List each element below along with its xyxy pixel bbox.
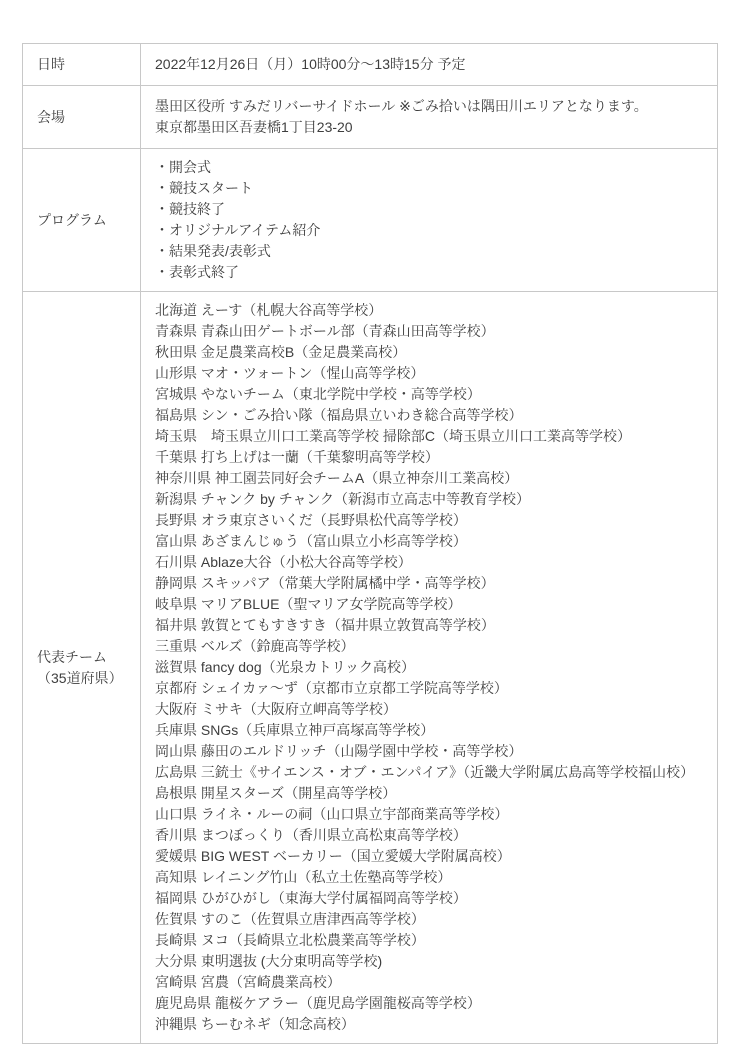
team-item: 滋賀県 fancy dog（光泉カトリック高校） bbox=[155, 657, 703, 678]
team-item: 新潟県 チャンク by チャンク（新潟市立高志中等教育学校） bbox=[155, 489, 703, 510]
program-item: ・結果発表/表彰式 bbox=[155, 241, 703, 262]
team-item: 長野県 オラ東京さいくだ（長野県松代高等学校） bbox=[155, 510, 703, 531]
row-label-teams: 代表チーム（35道府県） bbox=[23, 292, 141, 1044]
team-item: 香川県 まつぼっくり（香川県立高松東高等学校） bbox=[155, 825, 703, 846]
team-item: 富山県 あざまんじゅう（富山県立小杉高等学校） bbox=[155, 531, 703, 552]
table-row-teams: 代表チーム（35道府県） 北海道 えーす（札幌大谷高等学校）青森県 青森山田ゲー… bbox=[23, 292, 718, 1044]
team-item: 宮崎県 宮農（宮崎農業高校） bbox=[155, 972, 703, 993]
datetime-line: 2022年12月26日（月）10時00分～13時15分 予定 bbox=[155, 54, 703, 75]
team-item: 青森県 青森山田ゲートボール部（青森山田高等学校） bbox=[155, 321, 703, 342]
team-item: 三重県 ベルズ（鈴鹿高等学校） bbox=[155, 636, 703, 657]
event-info-table: 日時 2022年12月26日（月）10時00分～13時15分 予定 会場 墨田区… bbox=[22, 43, 718, 1044]
row-label-program: プログラム bbox=[23, 149, 141, 292]
label-line: （35道府県） bbox=[37, 668, 126, 689]
row-label-datetime: 日時 bbox=[23, 44, 141, 86]
label-line: 日時 bbox=[37, 54, 126, 75]
venue-value: 墨田区役所 すみだリバーサイドホール ※ごみ拾いは隅田川エリアとなります。東京都… bbox=[141, 86, 718, 149]
team-items: 北海道 えーす（札幌大谷高等学校）青森県 青森山田ゲートボール部（青森山田高等学… bbox=[155, 300, 703, 1035]
team-item: 大分県 東明選抜 (大分東明高等学校) bbox=[155, 951, 703, 972]
team-item: 広島県 三銃士《サイエンス・オブ・エンパイア》（近畿大学附属広島高等学校福山校） bbox=[155, 762, 703, 783]
team-item: 愛媛県 BIG WEST ベーカリー（国立愛媛大学附属高校） bbox=[155, 846, 703, 867]
team-item: 山形県 マオ・ツォートン（惺山高等学校） bbox=[155, 363, 703, 384]
team-item: 福井県 敦賀とてもすきすき（福井県立敦賀高等学校） bbox=[155, 615, 703, 636]
team-item: 佐賀県 すのこ（佐賀県立唐津西高等学校） bbox=[155, 909, 703, 930]
team-item: 福岡県 ひがひがし（東海大学付属福岡高等学校） bbox=[155, 888, 703, 909]
table-row-venue: 会場 墨田区役所 すみだリバーサイドホール ※ごみ拾いは隅田川エリアとなります。… bbox=[23, 86, 718, 149]
team-item: 福島県 シン・ごみ拾い隊（福島県立いわき総合高等学校） bbox=[155, 405, 703, 426]
teams-list: 北海道 えーす（札幌大谷高等学校）青森県 青森山田ゲートボール部（青森山田高等学… bbox=[141, 292, 718, 1044]
venue-line: 東京都墨田区吾妻橋1丁目23-20 bbox=[155, 117, 703, 138]
program-item: ・競技終了 bbox=[155, 199, 703, 220]
team-item: 山口県 ライネ・ルーの祠（山口県立宇部商業高等学校） bbox=[155, 804, 703, 825]
venue-line: 墨田区役所 すみだリバーサイドホール ※ごみ拾いは隅田川エリアとなります。 bbox=[155, 96, 703, 117]
team-item: 高知県 レイニング竹山（私立土佐塾高等学校） bbox=[155, 867, 703, 888]
team-item: 石川県 Ablaze大谷（小松大谷高等学校） bbox=[155, 552, 703, 573]
row-label-text: プログラム bbox=[37, 210, 126, 231]
label-line: 代表チーム bbox=[37, 647, 126, 668]
label-line: プログラム bbox=[37, 210, 126, 231]
label-line: 会場 bbox=[37, 107, 126, 128]
team-item: 京都府 シェイカァ～ず（京都市立京都工学院高等学校） bbox=[155, 678, 703, 699]
team-item: 鹿児島県 龍桜ケアラー（鹿児島学園龍桜高等学校） bbox=[155, 993, 703, 1014]
table-row-datetime: 日時 2022年12月26日（月）10時00分～13時15分 予定 bbox=[23, 44, 718, 86]
table-row-program: プログラム ・開会式・競技スタート・競技終了・オリジナルアイテム紹介・結果発表/… bbox=[23, 149, 718, 292]
datetime-text: 2022年12月26日（月）10時00分～13時15分 予定 bbox=[155, 54, 703, 75]
team-item: 岐阜県 マリアBLUE（聖マリア女学院高等学校） bbox=[155, 594, 703, 615]
datetime-value: 2022年12月26日（月）10時00分～13時15分 予定 bbox=[141, 44, 718, 86]
team-item: 千葉県 打ち上げは一蘭（千葉黎明高等学校） bbox=[155, 447, 703, 468]
program-list: ・開会式・競技スタート・競技終了・オリジナルアイテム紹介・結果発表/表彰式・表彰… bbox=[141, 149, 718, 292]
team-item: 大阪府 ミサキ（大阪府立岬高等学校） bbox=[155, 699, 703, 720]
team-item: 北海道 えーす（札幌大谷高等学校） bbox=[155, 300, 703, 321]
team-item: 兵庫県 SNGs（兵庫県立神戸高塚高等学校） bbox=[155, 720, 703, 741]
row-label-text: 日時 bbox=[37, 54, 126, 75]
team-item: 岡山県 藤田のエルドリッチ（山陽学園中学校・高等学校） bbox=[155, 741, 703, 762]
program-item: ・オリジナルアイテム紹介 bbox=[155, 220, 703, 241]
team-item: 静岡県 スキッパア（常葉大学附属橘中学・高等学校） bbox=[155, 573, 703, 594]
team-item: 埼玉県 埼玉県立川口工業高等学校 掃除部C（埼玉県立川口工業高等学校） bbox=[155, 426, 703, 447]
venue-text: 墨田区役所 すみだリバーサイドホール ※ごみ拾いは隅田川エリアとなります。東京都… bbox=[155, 96, 703, 138]
program-items: ・開会式・競技スタート・競技終了・オリジナルアイテム紹介・結果発表/表彰式・表彰… bbox=[155, 157, 703, 283]
team-item: 秋田県 金足農業高校B（金足農業高校） bbox=[155, 342, 703, 363]
team-item: 沖縄県 ちーむネギ（知念高校） bbox=[155, 1014, 703, 1035]
row-label-text: 会場 bbox=[37, 107, 126, 128]
row-label-text: 代表チーム（35道府県） bbox=[37, 647, 126, 689]
team-item: 長崎県 ヌコ（長崎県立北松農業高等学校） bbox=[155, 930, 703, 951]
team-item: 宮城県 やないチーム（東北学院中学校・高等学校） bbox=[155, 384, 703, 405]
team-item: 神奈川県 神工園芸同好会チームA（県立神奈川工業高校） bbox=[155, 468, 703, 489]
program-item: ・開会式 bbox=[155, 157, 703, 178]
program-item: ・競技スタート bbox=[155, 178, 703, 199]
team-item: 島根県 開星スターズ（開星高等学校） bbox=[155, 783, 703, 804]
program-item: ・表彰式終了 bbox=[155, 262, 703, 283]
row-label-venue: 会場 bbox=[23, 86, 141, 149]
